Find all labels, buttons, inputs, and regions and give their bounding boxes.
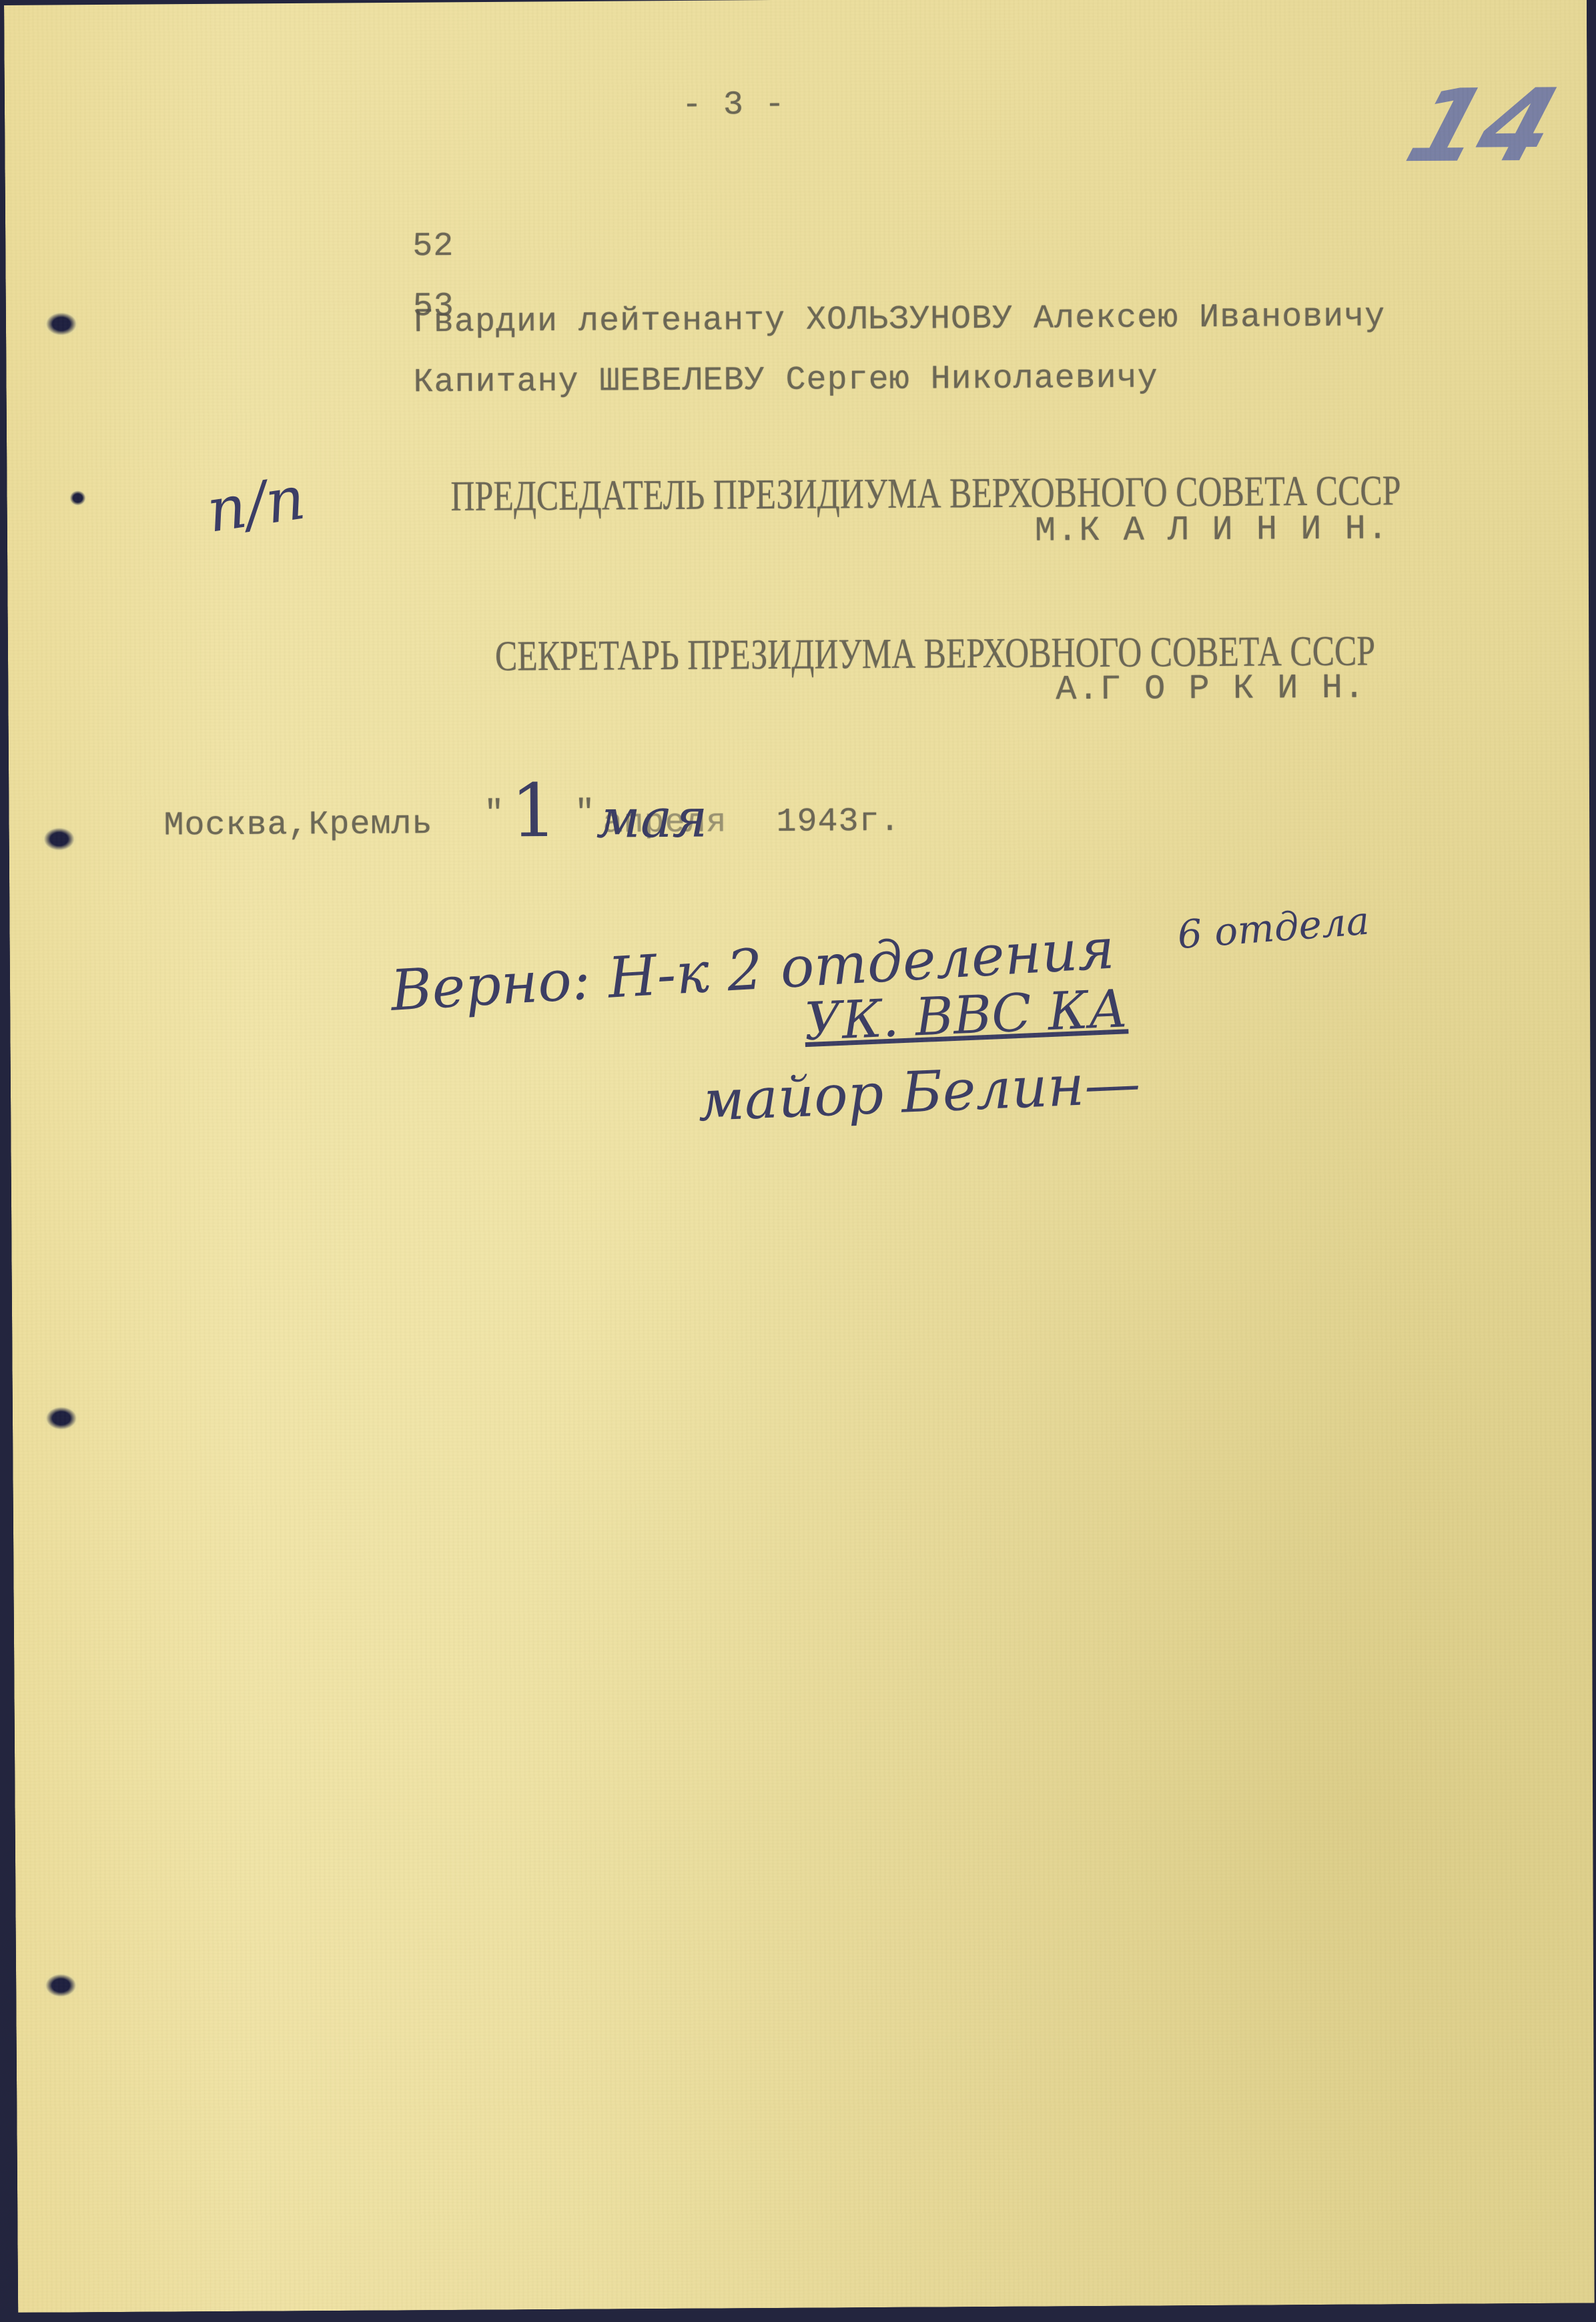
- signatory-name: А.Г О Р К И Н.: [1056, 669, 1366, 710]
- hole-punch: [43, 1972, 79, 1998]
- certification-signature: майор Белин—: [697, 1050, 1142, 1134]
- signatory-name: М.К А Л И Н И Н.: [1035, 509, 1390, 550]
- certification-department: 6 отдела: [1176, 898, 1370, 958]
- quote-close: ": [574, 795, 595, 833]
- day-handwritten: 1: [510, 768, 558, 853]
- entry-number: 53: [413, 288, 454, 326]
- sheet-number: 14: [1394, 68, 1570, 185]
- entry-text: Капитану ШЕВЕЛЕВУ Сергею Николаевичу: [413, 359, 1158, 402]
- award-list: 52 Гвардии лейтенанту ХОЛЬЗУНОВУ Алексею…: [4, 0, 1587, 4]
- margin-note-signed: п/п: [203, 463, 310, 546]
- place: Москва,Кремль: [163, 805, 432, 845]
- hole-punch: [41, 825, 77, 852]
- page-number: - 3 -: [682, 86, 785, 125]
- certification-line-2: УК. ВВС КА: [803, 979, 1129, 1052]
- hole-punch: [43, 1405, 79, 1431]
- quote-open: ": [484, 795, 504, 833]
- document-page: 14 - 3 - 52 Гвардии лейтенанту ХОЛЬЗУНОВ…: [4, 0, 1596, 2313]
- place-date-line: Москва,Кремль " 1 " апреля мая 1943г.: [4, 0, 1587, 4]
- hole-punch: [43, 310, 79, 337]
- signature-block-chairman: ПРЕДСЕДАТЕЛЬ ПРЕЗИДИУМА ВЕРХОВНОГО СОВЕТ…: [4, 0, 1587, 4]
- hole-punch: [68, 489, 87, 506]
- list-item: 53 Капитану ШЕВЕЛЕВУ Сергею Николаевичу: [247, 245, 1158, 440]
- month-handwritten: мая: [596, 787, 708, 850]
- signature-block-secretary: СЕКРЕТАРЬ ПРЕЗИДИУМА ВЕРХОВНОГО СОВЕТА С…: [4, 0, 1587, 4]
- year: 1943г.: [776, 803, 900, 841]
- certification-note: 6 отдела Верно: Н-к 2 отделения УК. ВВС …: [4, 0, 1587, 4]
- scan-background: 14 - 3 - 52 Гвардии лейтенанту ХОЛЬЗУНОВ…: [0, 0, 1596, 2322]
